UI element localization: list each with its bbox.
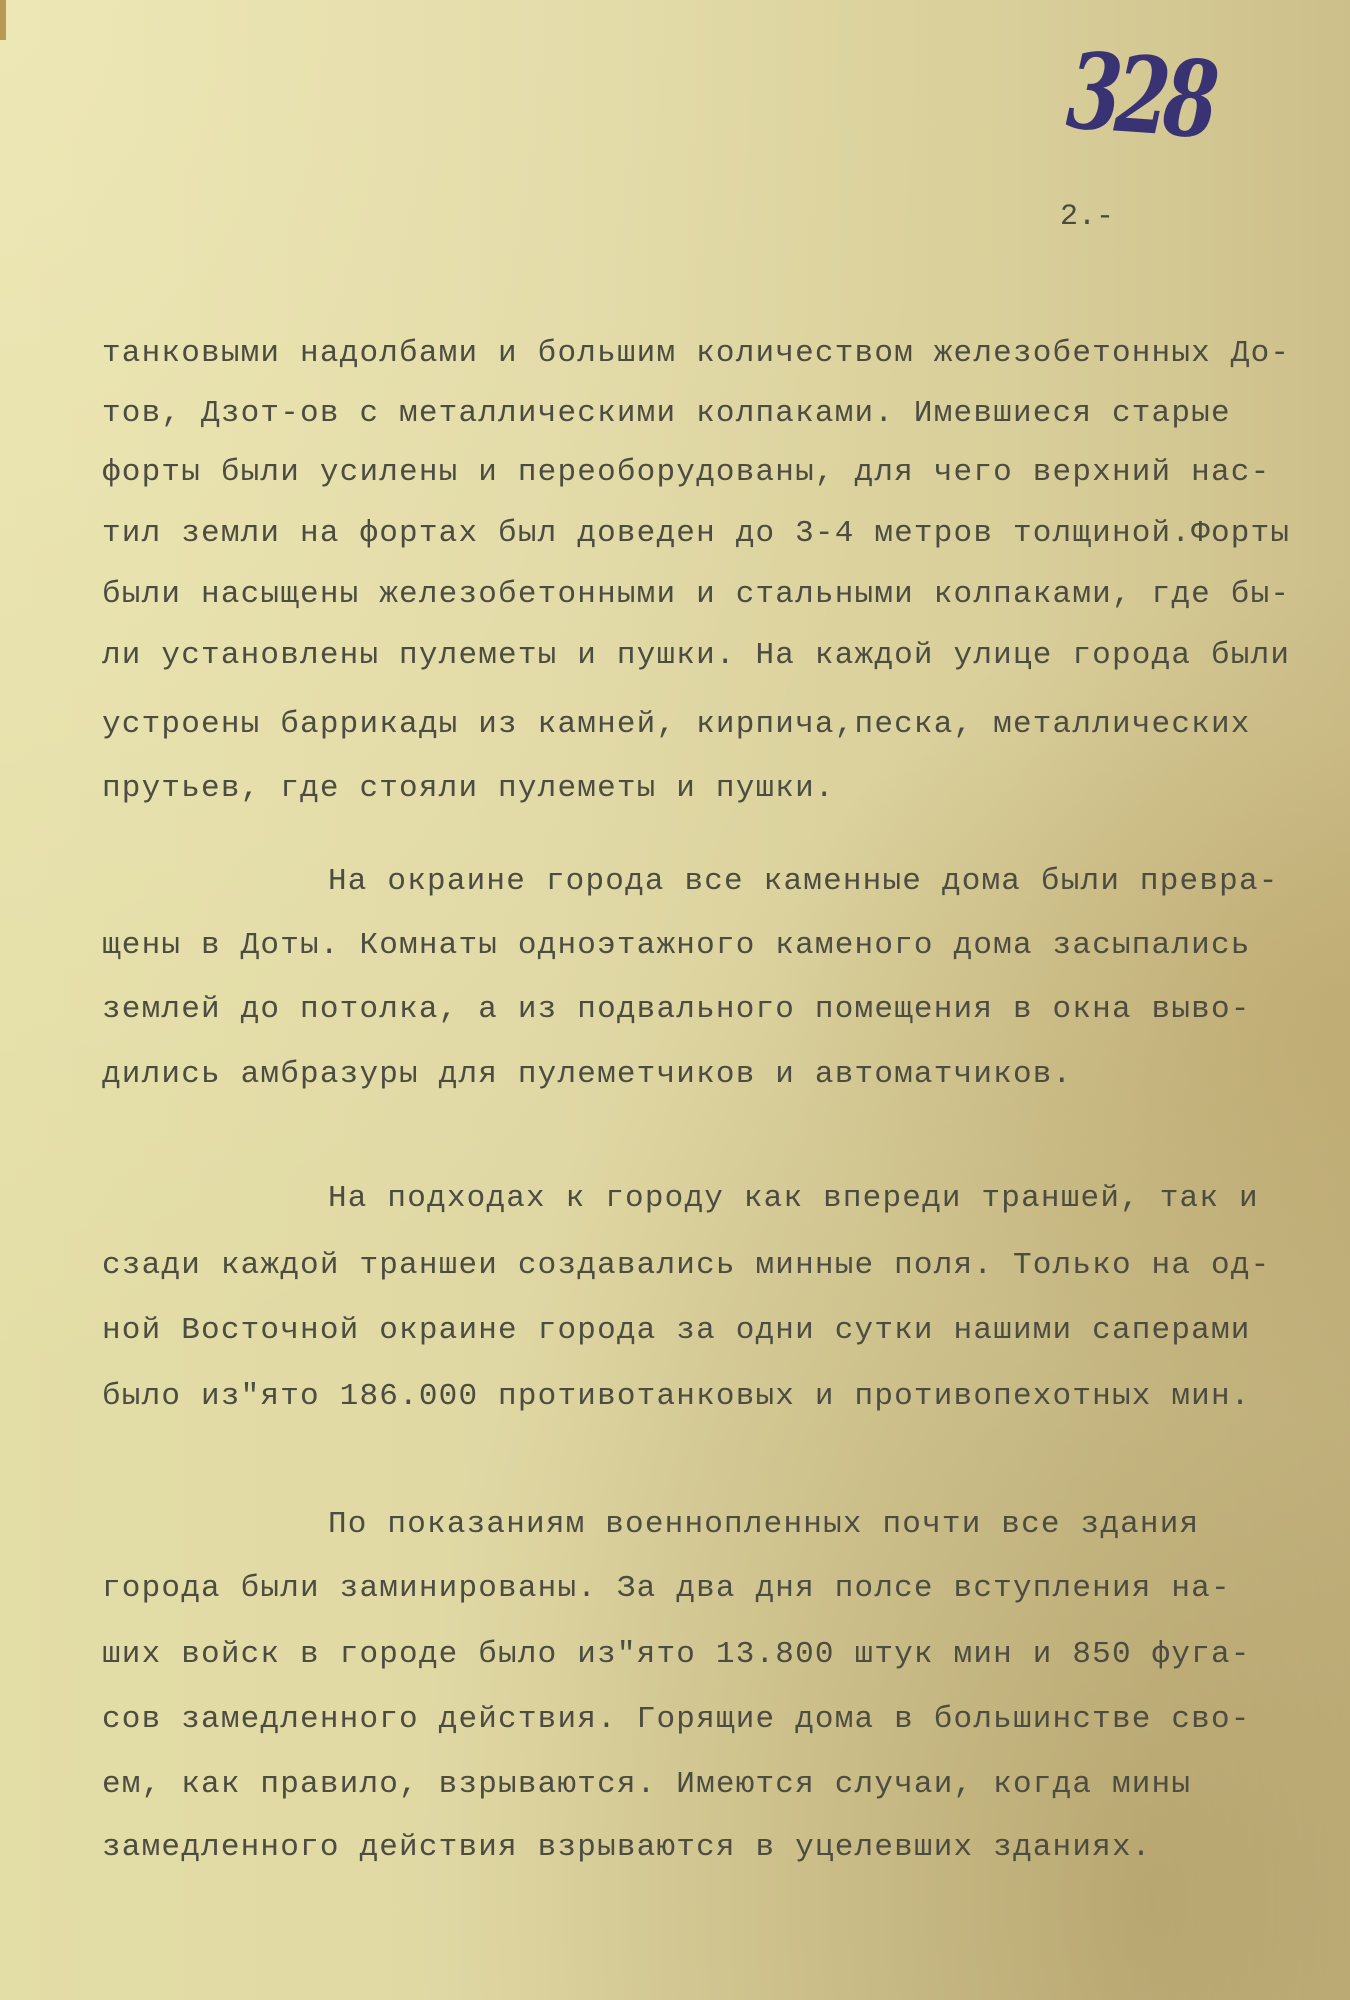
text-line: были насыщены железобетонными и стальным… [102, 577, 1290, 613]
text-line: танковыми надолбами и большим количество… [102, 336, 1290, 372]
text-line: ной Восточной окраине города за одни сут… [102, 1313, 1251, 1349]
text-line: сов замедленного действия. Горящие дома … [102, 1702, 1251, 1738]
text-line: тов, Дзот-ов с металлическими колпаками.… [102, 396, 1231, 432]
text-line: тил земли на фортах был доведен до 3-4 м… [102, 516, 1290, 552]
text-line: было из"ято 186.000 противотанковых и пр… [102, 1379, 1251, 1415]
text-line: форты были усилены и переоборудованы, дл… [102, 455, 1270, 491]
text-line: сзади каждой траншеи создавались минные … [102, 1248, 1270, 1284]
text-line: замедленного действия взрываются в уцеле… [102, 1830, 1152, 1866]
text-line: ем, как правило, взрываются. Имеются слу… [102, 1767, 1191, 1803]
text-line: города были заминированы. За два дня пол… [102, 1571, 1231, 1607]
text-line: По показаниям военнопленных почти все зд… [328, 1507, 1199, 1543]
text-line: На подходах к городу как впереди траншей… [328, 1181, 1259, 1217]
text-line: ли установлены пулеметы и пушки. На кажд… [102, 638, 1290, 674]
text-line: ших войск в городе было из"ято 13.800 шт… [102, 1637, 1251, 1673]
handwritten-folio-number: 328 [1063, 30, 1216, 163]
text-line: прутьев, где стояли пулеметы и пушки. [102, 771, 835, 807]
text-line: щены в Доты. Комнаты одноэтажного камено… [102, 928, 1251, 964]
text-line: устроены баррикады из камней, кирпича,пе… [102, 707, 1251, 743]
text-line: дились амбразуры для пулеметчиков и авто… [102, 1057, 1072, 1093]
text-line: землей до потолка, а из подвального поме… [102, 992, 1251, 1028]
text-line: На окраине города все каменные дома были… [328, 864, 1279, 900]
document-page: 328 2.- танковыми надолбами и большим ко… [0, 0, 1350, 2000]
page-edge [0, 0, 6, 40]
page-number: 2.- [1060, 200, 1114, 234]
